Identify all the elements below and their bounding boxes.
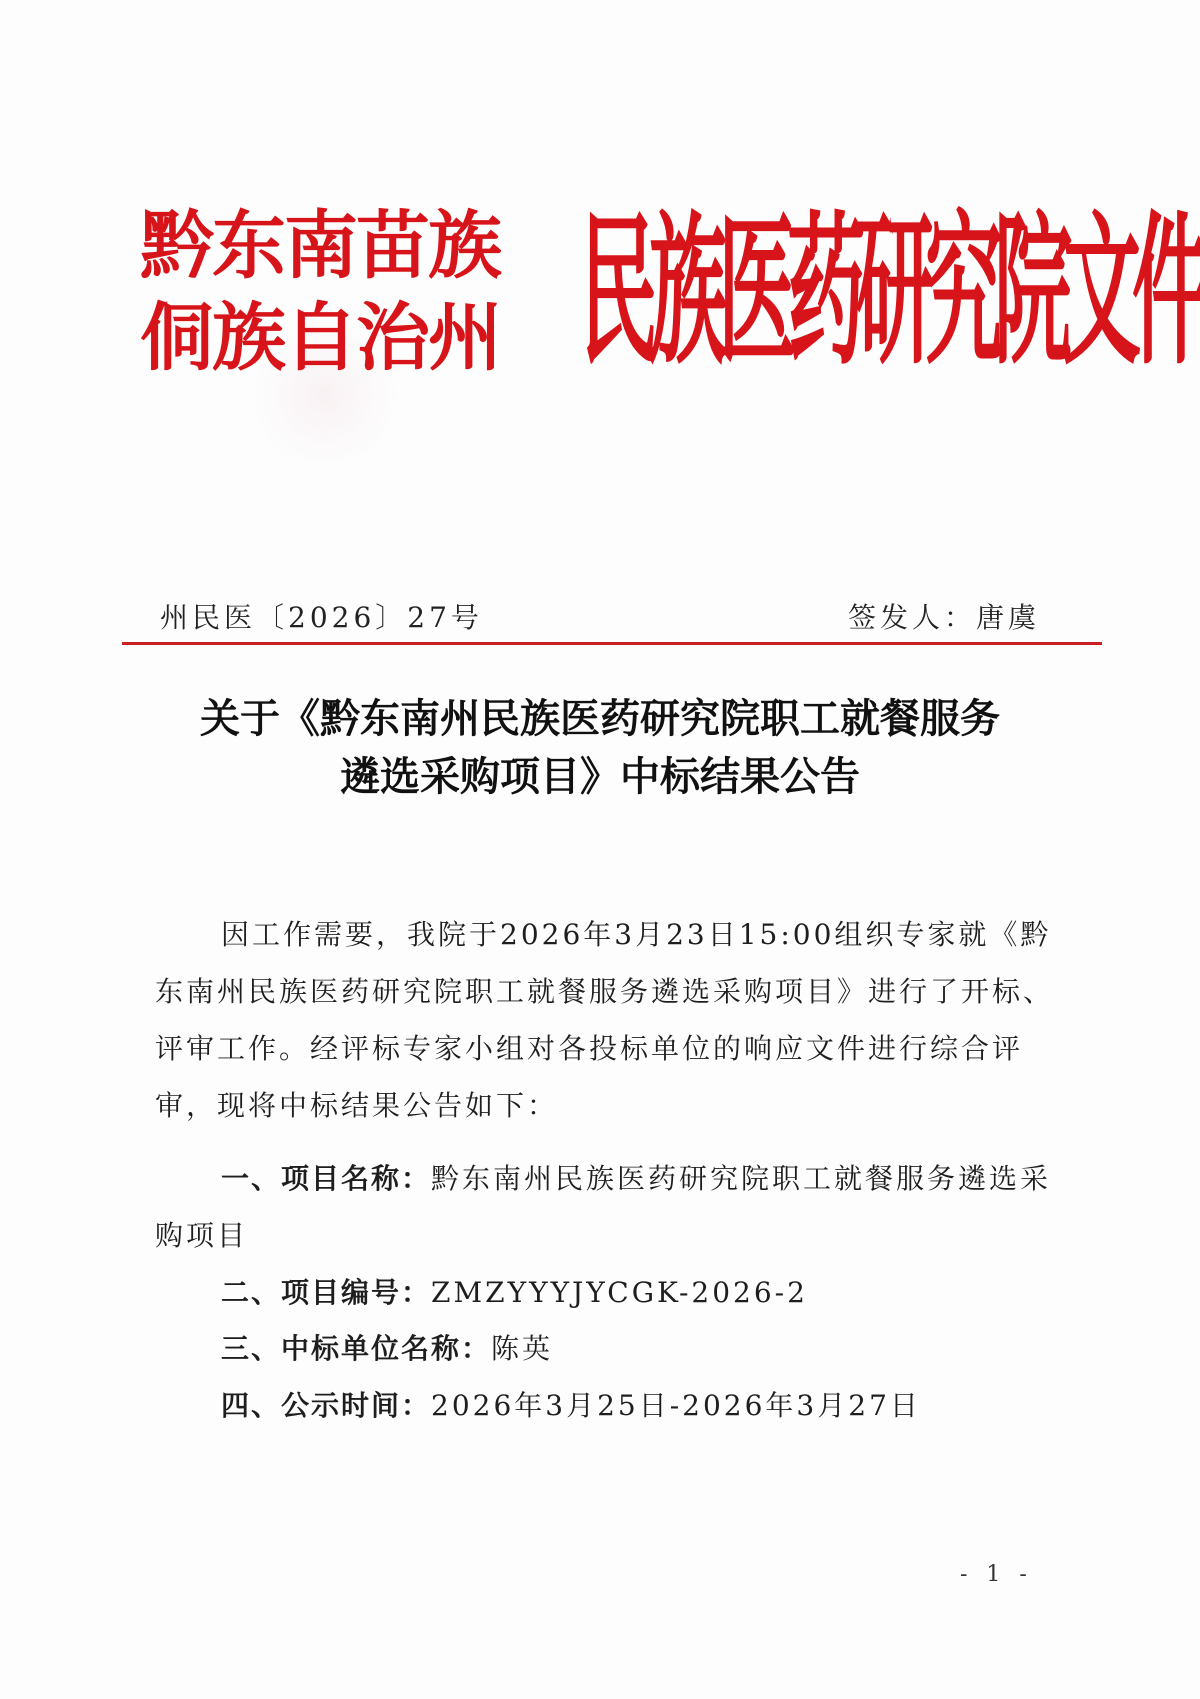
masthead-line-1: 黔东南苗族 <box>140 200 570 292</box>
title-line-2: 遴选采购项目》中标结果公告 <box>140 748 1060 806</box>
item-publicity-period: 四、公示时间：2026年3月25日-2026年3月27日 <box>155 1377 1055 1434</box>
document-title: 关于《黔东南州民族医药研究院职工就餐服务 遴选采购项目》中标结果公告 <box>140 690 1060 806</box>
title-line-1: 关于《黔东南州民族医药研究院职工就餐服务 <box>140 690 1060 748</box>
masthead-prefecture: 黔东南苗族 侗族自治州 <box>140 200 570 384</box>
document-info-line: 州民医〔2026〕27号 签发人：唐虞 <box>160 596 1040 636</box>
body-paragraph: 因工作需要，我院于2026年3月23日15:00组织专家就《黔东南州民族医药研究… <box>155 906 1055 1134</box>
item-label: 四、公示时间： <box>221 1389 431 1422</box>
item-value: 2026年3月25日-2026年3月27日 <box>431 1389 921 1422</box>
item-winning-bidder: 三、中标单位名称：陈英 <box>155 1320 1055 1377</box>
item-label: 一、项目名称： <box>221 1162 431 1195</box>
signer: 签发人：唐虞 <box>848 596 1040 636</box>
red-masthead: 黔东南苗族 侗族自治州 民族医药研究院文件 <box>140 200 1080 400</box>
item-label: 三、中标单位名称： <box>221 1332 491 1365</box>
red-divider-rule <box>122 642 1102 645</box>
masthead-institute: 民族医药研究院文件 <box>580 115 1080 472</box>
masthead-line-2: 侗族自治州 <box>140 292 570 384</box>
signer-name: 唐虞 <box>976 601 1040 634</box>
page-number: - 1 - <box>960 1562 1033 1587</box>
item-label: 二、项目编号： <box>221 1276 431 1309</box>
document-number: 州民医〔2026〕27号 <box>160 596 483 636</box>
item-value: ZMZYYYJYCGK-2026-2 <box>431 1276 808 1309</box>
item-project-name: 一、项目名称：黔东南州民族医药研究院职工就餐服务遴选采购项目 <box>155 1150 1055 1264</box>
item-project-number: 二、项目编号：ZMZYYYJYCGK-2026-2 <box>155 1264 1055 1321</box>
item-value: 陈英 <box>491 1332 553 1365</box>
document-page: 黔东南苗族 侗族自治州 民族医药研究院文件 州民医〔2026〕27号 签发人：唐… <box>0 0 1200 1699</box>
signer-label: 签发人： <box>848 601 976 634</box>
